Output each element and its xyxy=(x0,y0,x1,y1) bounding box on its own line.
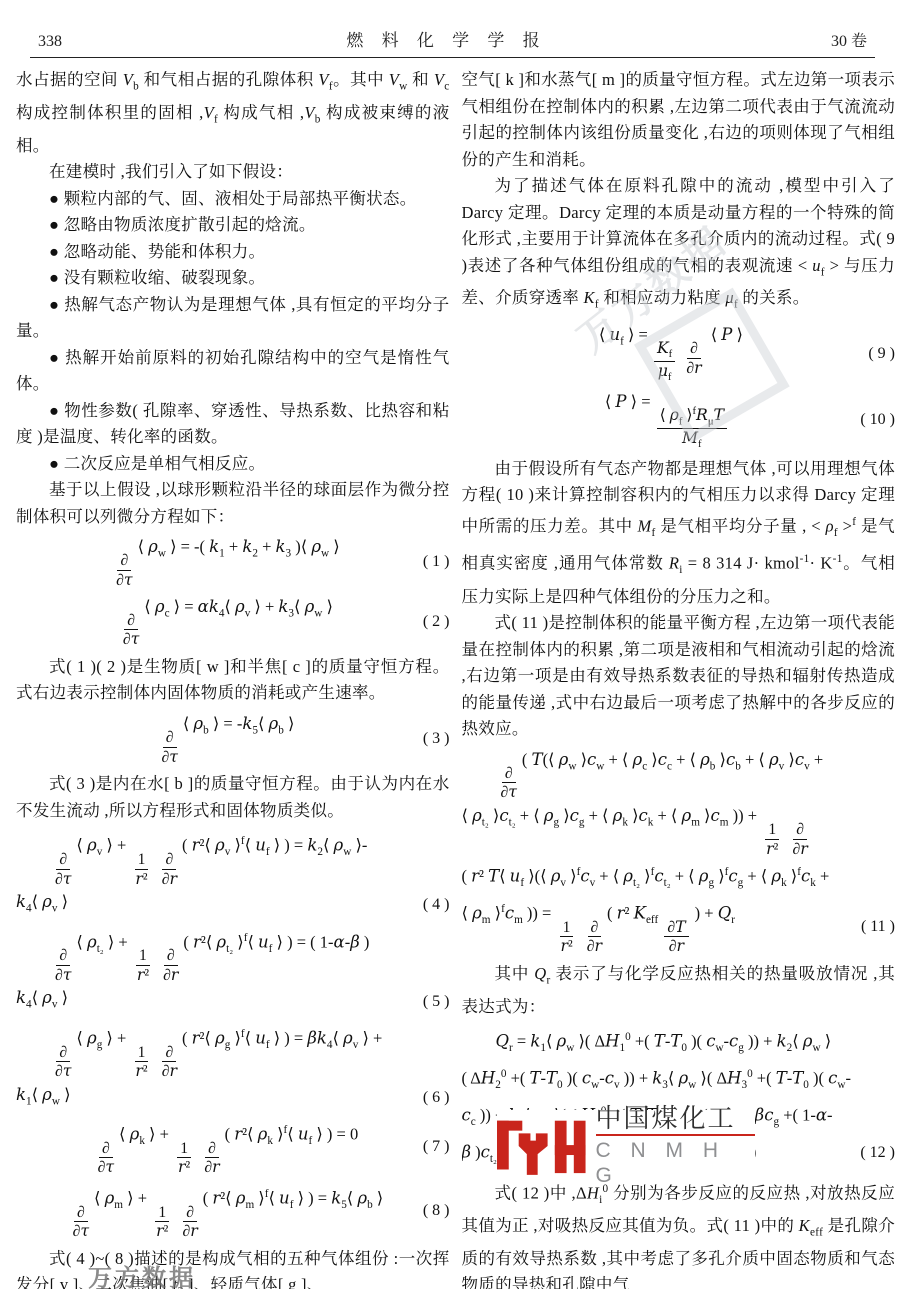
equation-line: ∂∂τ⟨ ρk ⟩ + 1r² ∂∂r( r²⟨ ρk ⟩f⟨ uf ⟩ ) =… xyxy=(16,1118,450,1177)
equation-line: ( r² T⟨ uf ⟩(⟨ ρv ⟩fcv + ⟨ ρt₂ ⟩fct₂ + ⟨… xyxy=(462,860,896,895)
equation-body: ⟨ uf ⟩ = Kfμf ∂∂r ⟨ P ⟩ xyxy=(462,323,863,384)
equation-line: ∂∂τ⟨ ρm ⟩ + 1r² ∂∂r( r²⟨ ρm ⟩f⟨ uf ⟩ ) =… xyxy=(16,1182,450,1241)
bullet-item: ● 颗粒内部的气、固、液相处于局部热平衡状态。 xyxy=(16,186,450,213)
equation-line: ∂∂τ⟨ ρw ⟩ = -( k1 + k2 + k3 )⟨ ρw ⟩( 1 ) xyxy=(16,535,450,589)
paragraph: 式( 1 )( 2 )是生物质[ w ]和半焦[ c ]的质量守恒方程。式右边表… xyxy=(16,654,450,707)
equation-body: ∂∂τ⟨ ρv ⟩ + 1r² ∂∂r( r²⟨ ρv ⟩f⟨ uf ⟩ ) =… xyxy=(16,829,450,888)
paragraph: 式( 4 )~( 8 )描述的是构成气相的五种气体组份 :一次挥发分[ v ]、… xyxy=(16,1246,450,1289)
equation-line: ∂∂τ⟨ ρg ⟩ + 1r² ∂∂r( r²⟨ ρg ⟩f⟨ uf ⟩ ) =… xyxy=(16,1022,450,1081)
left-column: 水占据的空间 Vb 和气相占据的孔隙体积 Vf。其中 Vw 和 Vc 构成控制体… xyxy=(16,67,450,1289)
equation-line: ⟨ uf ⟩ = Kfμf ∂∂r ⟨ P ⟩( 9 ) xyxy=(462,323,896,384)
equation: ⟨ uf ⟩ = Kfμf ∂∂r ⟨ P ⟩( 9 ) xyxy=(462,323,896,384)
equation-number: ( 5 ) xyxy=(417,990,450,1014)
paragraph: 式( 11 )是控制体积的能量平衡方程 ,左边第一项代表能量在控制体内的积累 ,… xyxy=(462,610,896,743)
equation-number: ( 3 ) xyxy=(417,727,450,751)
equation-body: ∂∂τ⟨ ρm ⟩ + 1r² ∂∂r( r²⟨ ρm ⟩f⟨ uf ⟩ ) =… xyxy=(16,1182,417,1241)
equation-body: ∂∂τ⟨ ρw ⟩ = -( k1 + k2 + k3 )⟨ ρw ⟩ xyxy=(16,535,417,589)
equation-line: ⟨ ρt₂ ⟩ct₂ + ⟨ ρg ⟩cg + ⟨ ρk ⟩ck + ⟨ ρm … xyxy=(462,804,896,858)
bullet-item: ● 没有颗粒收缩、破裂现象。 xyxy=(16,265,450,292)
equation-number: ( 11 ) xyxy=(855,915,895,939)
cnmhg-monogram-icon xyxy=(497,1115,586,1177)
paragraph: 水占据的空间 Vb 和气相占据的孔隙体积 Vf。其中 Vw 和 Vc 构成控制体… xyxy=(16,67,450,159)
journal-title: 燃 料 化 学 学 报 xyxy=(346,26,546,51)
equation: ∂∂τ( T(⟨ ρw ⟩cw + ⟨ ρc ⟩cc + ⟨ ρb ⟩cb + … xyxy=(462,748,896,957)
equation-body: ( ΔH20 +( T-T0 )( cw-cv )) + k3⟨ ρw ⟩( Δ… xyxy=(462,1062,896,1097)
equation-line: k4⟨ ρv ⟩( 5 ) xyxy=(16,986,450,1016)
equation: ∂∂τ⟨ ρc ⟩ = αk4⟨ ρv ⟩ + k3⟨ ρw ⟩( 2 ) xyxy=(16,595,450,649)
equation-body: ∂∂τ⟨ ρc ⟩ = αk4⟨ ρv ⟩ + k3⟨ ρw ⟩ xyxy=(16,595,417,649)
equation: ∂∂τ⟨ ρk ⟩ + 1r² ∂∂r( r²⟨ ρk ⟩f⟨ uf ⟩ ) =… xyxy=(16,1118,450,1177)
cnmhg-name-en: C N M H G xyxy=(596,1138,755,1188)
equation: ∂∂τ⟨ ρm ⟩ + 1r² ∂∂r( r²⟨ ρm ⟩f⟨ uf ⟩ ) =… xyxy=(16,1182,450,1241)
equation-number: ( 9 ) xyxy=(862,342,895,366)
equation-line: k4⟨ ρv ⟩( 4 ) xyxy=(16,890,450,920)
paragraph: 式( 3 )是内在水[ b ]的质量守恒方程。由于认为内在水不发生流动 ,所以方… xyxy=(16,771,450,824)
volume-label: 30 卷 xyxy=(831,28,867,51)
equation-body: ⟨ ρt₂ ⟩ct₂ + ⟨ ρg ⟩cg + ⟨ ρk ⟩ck + ⟨ ρm … xyxy=(462,804,896,858)
equation-body: k1⟨ ρw ⟩ xyxy=(16,1083,417,1113)
equation-body: ∂∂τ( T(⟨ ρw ⟩cw + ⟨ ρc ⟩cc + ⟨ ρb ⟩cb + … xyxy=(462,748,896,802)
equation-number: ( 10 ) xyxy=(854,408,895,432)
wanfang-watermark-small: 万方数据 xyxy=(88,1258,196,1293)
equation-number: ( 1 ) xyxy=(417,550,450,574)
cnmhg-logo-text: 中国煤化工 C N M H G xyxy=(596,1104,755,1189)
paragraph: 空气[ k ]和水蒸气[ m ]的质量守恒方程。式左边第一项表示气相组份在控制体… xyxy=(462,67,896,173)
equation-body: ∂∂τ⟨ ρg ⟩ + 1r² ∂∂r( r²⟨ ρg ⟩f⟨ uf ⟩ ) =… xyxy=(16,1022,450,1081)
equation-body: k4⟨ ρv ⟩ xyxy=(16,890,417,920)
equation-line: ∂∂τ⟨ ρv ⟩ + 1r² ∂∂r( r²⟨ ρv ⟩f⟨ uf ⟩ ) =… xyxy=(16,829,450,888)
paragraph: 其中 Qr 表示了与化学反应热相关的热量吸放情况 ,其表达式为： xyxy=(462,961,896,1020)
equation: ∂∂τ⟨ ρw ⟩ = -( k1 + k2 + k3 )⟨ ρw ⟩( 1 ) xyxy=(16,535,450,589)
equation-body: ∂∂τ⟨ ρt₂ ⟩ + 1r² ∂∂r( r²⟨ ρt₂ ⟩f⟨ uf ⟩ )… xyxy=(16,926,450,985)
equation-body: ⟨ P ⟩ = ⟨ ρf ⟩fRμTMf xyxy=(462,390,855,451)
paragraph: 由于假设所有气态产物都是理想气体 ,可以用理想气体方程( 10 )来计算控制容积… xyxy=(462,456,896,610)
cnmhg-name-cn: 中国煤化工 xyxy=(596,1104,755,1137)
equation-line: ( ΔH20 +( T-T0 )( cw-cv )) + k3⟨ ρw ⟩( Δ… xyxy=(462,1062,896,1097)
equation-number: ( 4 ) xyxy=(417,893,450,917)
equation-line: ⟨ P ⟩ = ⟨ ρf ⟩fRμTMf( 10 ) xyxy=(462,390,896,451)
equation-line: k1⟨ ρw ⟩( 6 ) xyxy=(16,1083,450,1113)
equation-body: ( r² T⟨ uf ⟩(⟨ ρv ⟩fcv + ⟨ ρt₂ ⟩fct₂ + ⟨… xyxy=(462,860,896,895)
equation-number: ( 7 ) xyxy=(417,1135,450,1159)
bullet-item: ● 物性参数( 孔隙率、穿透性、导热系数、比热容和粘度 )是温度、转化率的函数。 xyxy=(16,398,450,451)
equation: ∂∂τ⟨ ρg ⟩ + 1r² ∂∂r( r²⟨ ρg ⟩f⟨ uf ⟩ ) =… xyxy=(16,1022,450,1113)
article-body: 水占据的空间 Vb 和气相占据的孔隙体积 Vf。其中 Vw 和 Vc 构成控制体… xyxy=(0,58,905,1289)
equation-number: ( 12 ) xyxy=(854,1141,895,1165)
equation-line: ∂∂τ⟨ ρc ⟩ = αk4⟨ ρv ⟩ + k3⟨ ρw ⟩( 2 ) xyxy=(16,595,450,649)
paragraph: 为了描述气体在原料孔隙中的流动 ,模型中引入了 Darcy 定理。Darcy 定… xyxy=(462,173,896,318)
paragraph: 在建模时 ,我们引入了如下假设： xyxy=(16,159,450,186)
paragraph: 基于以上假设 ,以球形颗粒沿半径的球面层作为微分控制体积可以列微分方程如下： xyxy=(16,477,450,530)
equation-body: k4⟨ ρv ⟩ xyxy=(16,986,417,1016)
equation-body: ∂∂τ⟨ ρk ⟩ + 1r² ∂∂r( r²⟨ ρk ⟩f⟨ uf ⟩ ) =… xyxy=(16,1118,417,1177)
bullet-item: ● 忽略由物质浓度扩散引起的焓流。 xyxy=(16,212,450,239)
equation-line: ∂∂τ⟨ ρb ⟩ = -k5⟨ ρb ⟩( 3 ) xyxy=(16,712,450,766)
bullet-item: ● 热解开始前原料的初始孔隙结构中的空气是惰性气体。 xyxy=(16,345,450,398)
page-header: 338 燃 料 化 学 学 报 30 卷 xyxy=(0,0,905,57)
equation: ∂∂τ⟨ ρb ⟩ = -k5⟨ ρb ⟩( 3 ) xyxy=(16,712,450,766)
equation-body: ⟨ ρm ⟩fcm )) = 1r² ∂∂r( r² Keff ∂T∂r ) +… xyxy=(462,897,855,956)
bullet-item: ● 忽略动能、势能和体积力。 xyxy=(16,239,450,266)
equation-number: ( 8 ) xyxy=(417,1199,450,1223)
page-number: 338 xyxy=(38,33,62,51)
equation-line: Qr = k1⟨ ρw ⟩( ΔH10 +( T-T0 )( cw-cg )) … xyxy=(462,1025,896,1060)
equation: ∂∂τ⟨ ρv ⟩ + 1r² ∂∂r( r²⟨ ρv ⟩f⟨ uf ⟩ ) =… xyxy=(16,829,450,920)
bullet-item: ● 热解气态产物认为是理想气体 ,具有恒定的平均分子量。 xyxy=(16,292,450,345)
bullet-item: ● 二次反应是单相气相反应。 xyxy=(16,451,450,478)
equation-number: ( 6 ) xyxy=(417,1086,450,1110)
equation-number: ( 2 ) xyxy=(417,610,450,634)
equation: ⟨ P ⟩ = ⟨ ρf ⟩fRμTMf( 10 ) xyxy=(462,390,896,451)
journal-page: 338 燃 料 化 学 学 报 30 卷 万方数据 水占据的空间 Vb 和气相占… xyxy=(0,0,905,1308)
equation-line: ∂∂τ( T(⟨ ρw ⟩cw + ⟨ ρc ⟩cc + ⟨ ρb ⟩cb + … xyxy=(462,748,896,802)
paragraph: 式( 12 )中 ,ΔHi0 分别为各步反应的反应热 ,对放热反应其值为正 ,对… xyxy=(462,1176,896,1290)
cnmhg-logo: 中国煤化工 C N M H G xyxy=(497,1110,755,1182)
equation-body: Qr = k1⟨ ρw ⟩( ΔH10 +( T-T0 )( cw-cg )) … xyxy=(462,1025,896,1060)
equation-line: ∂∂τ⟨ ρt₂ ⟩ + 1r² ∂∂r( r²⟨ ρt₂ ⟩f⟨ uf ⟩ )… xyxy=(16,926,450,985)
equation-body: ∂∂τ⟨ ρb ⟩ = -k5⟨ ρb ⟩ xyxy=(16,712,417,766)
equation: ∂∂τ⟨ ρt₂ ⟩ + 1r² ∂∂r( r²⟨ ρt₂ ⟩f⟨ uf ⟩ )… xyxy=(16,926,450,1017)
equation-line: ⟨ ρm ⟩fcm )) = 1r² ∂∂r( r² Keff ∂T∂r ) +… xyxy=(462,897,896,956)
